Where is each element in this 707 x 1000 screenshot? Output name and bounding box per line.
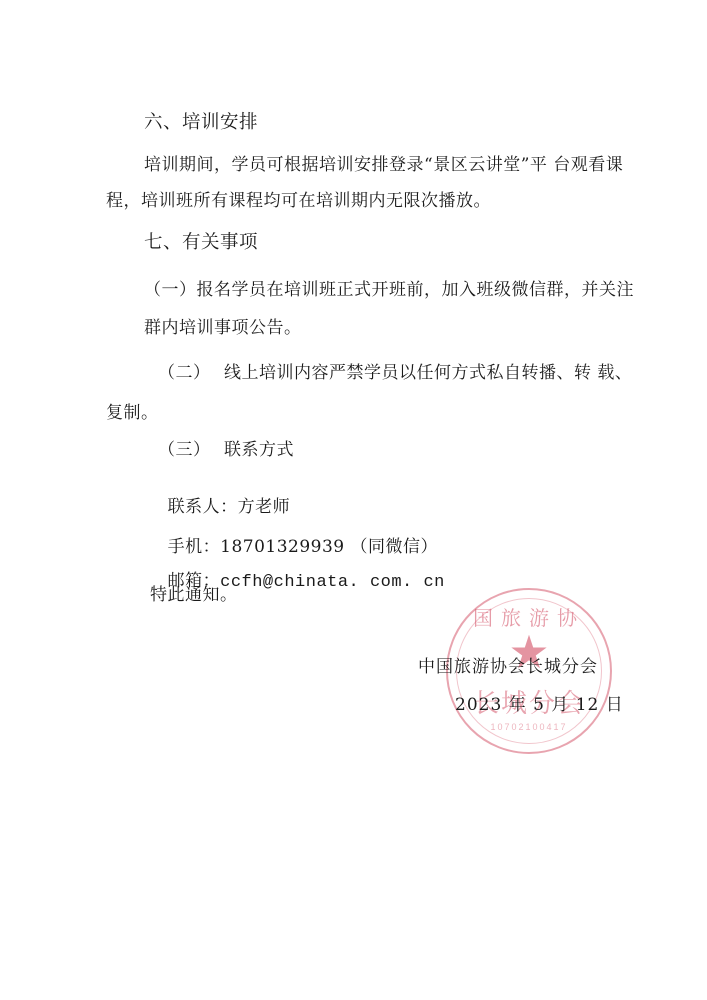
seal-number: 10702100417 bbox=[448, 722, 610, 732]
notes-item2-line2: 复制。 bbox=[106, 398, 159, 423]
notes-item1-line2: 群内培训事项公告。 bbox=[144, 313, 302, 338]
notes-item3-prefix: （三） bbox=[158, 435, 211, 460]
closing-text: 特此通知。 bbox=[150, 580, 238, 605]
section-heading-notes: 七、有关事项 bbox=[144, 228, 258, 254]
contact-email: ccfh@chinata. com. cn bbox=[220, 573, 445, 592]
notes-item3-text: 联系方式 bbox=[224, 435, 294, 460]
notes-item2-prefix: （二） bbox=[158, 358, 211, 383]
notes-item2-line1: 线上培训内容严禁学员以任何方式私自转播、转 载、 bbox=[224, 358, 632, 383]
section-heading-training: 六、培训安排 bbox=[144, 108, 258, 134]
notes-item1-line1: （一）报名学员在培训班正式开班前，加入班级微信群，并关注 bbox=[144, 275, 634, 300]
signature-date: 2023 年 5 月 12 日 bbox=[455, 690, 624, 715]
signature-organization: 中国旅游协会长城分会 bbox=[418, 652, 598, 677]
training-paragraph-line1: 培训期间，学员可根据培训安排登录“景区云讲堂”平 台观看课 bbox=[144, 150, 623, 175]
training-paragraph-line2: 程，培训班所有课程均可在培训期内无限次播放。 bbox=[106, 186, 491, 211]
